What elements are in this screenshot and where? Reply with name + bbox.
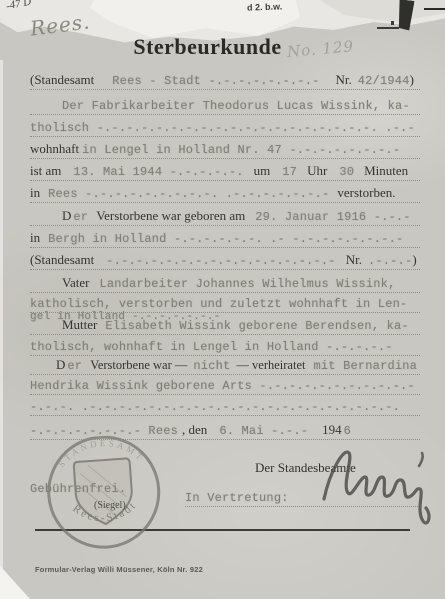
form-line-deceased-name: Der Fabrikarbeiter Theodorus Lucas Wissi…: [30, 97, 420, 115]
printed-text: in: [30, 230, 40, 245]
printed-text: D: [62, 208, 71, 223]
printed-text: um: [254, 163, 271, 178]
typed-text: -.-.-. .-.-.-.-.-.-.-.-.-.-.-.-.-.-.-.-.…: [30, 400, 400, 414]
printer-imprint: Formular-Verlag Willi Müssener, Köln Nr.…: [35, 565, 203, 574]
signature-stroke: [324, 452, 429, 523]
printed-text: Nr.: [336, 72, 352, 87]
printed-text: 194: [322, 422, 342, 437]
typed-text: Elisabeth Wissink geborene Berendsen, ka…: [105, 319, 408, 333]
form-line-birth-date: DerVerstorbene war geboren am29. Januar …: [30, 208, 420, 226]
printed-text: Mutter: [62, 317, 97, 332]
deputy-label: In Vertretung:: [185, 491, 289, 505]
printed-text: (Standesamt: [30, 252, 94, 267]
page-corner: [0, 548, 30, 599]
typed-text: Bergh in Holland -.-.-.-.-.-. .- -.-.-.-…: [48, 232, 403, 246]
printed-text: , den: [182, 422, 207, 437]
form-line-father: VaterLandarbeiter Johannes Wilhelmus Wis…: [30, 275, 420, 293]
official-seal-stamp: STANDESAMT Rees-Stadt: [34, 431, 177, 560]
typed-text: 30: [339, 165, 354, 179]
typed-text: 6. Mai -.-.-: [219, 424, 308, 438]
form-line-birth-registry: (Standesamt-.-.-.-.-.-.-.-.-.-.-.-.-.-.-…: [30, 252, 420, 270]
typed-text: -.-.-.-.-.-.-.- Rees: [30, 424, 178, 438]
typed-text: Landarbeiter Johannes Wilhelmus Wissink,: [99, 277, 395, 291]
form-line-residence: wohnhaftin Lengel in Holland Nr. 47 -.-.…: [30, 141, 420, 159]
printed-text: — verheiratet: [236, 358, 305, 372]
typed-text: mit Bernardina: [313, 359, 417, 373]
typed-text: Rees -.-.-.-.-.-.-.-.-. .-.-.-.-.-.-.-: [48, 187, 329, 201]
death-certificate-page: Rees. -47 D d 2. b.w. Sterbeurkunde No. …: [0, 0, 445, 599]
printed-text: D: [56, 357, 65, 372]
printed-text: ): [410, 72, 414, 87]
form-line-mother-2: tholisch, wohnhaft in Lengel in Holland …: [30, 338, 420, 356]
scan-edge: [0, 60, 3, 599]
printed-text: Minuten: [364, 163, 408, 178]
typed-text: nicht: [193, 359, 230, 373]
form-line-mother: MutterElisabeth Wissink geborene Berends…: [30, 317, 420, 335]
typed-text: in Lengel in Holland Nr. 47 -.-.-.-.-.-.…: [82, 143, 400, 157]
form-line-birth-place: inBergh in Holland -.-.-.-.-.-. .- -.-.-…: [30, 230, 420, 248]
printed-text: Vater: [62, 275, 89, 290]
printed-text: ist am: [30, 163, 61, 178]
printed-text: wohnhaft: [30, 141, 79, 156]
form-line-death-date: ist am13. Mai 1944 -.-.-.-.-.um17Uhr30Mi…: [30, 163, 420, 181]
typed-text: Hendrika Wissink geborene Arts -.-.-.-.-…: [30, 379, 415, 393]
printed-text: Verstorbene war geboren am: [96, 208, 245, 223]
printed-text: Nr.: [346, 252, 362, 267]
typed-text: Der Fabrikarbeiter Theodorus Lucas Wissi…: [62, 99, 410, 113]
typed-text: tholisch, wohnhaft in Lengel in Holland …: [30, 340, 393, 354]
printed-text: in: [30, 185, 40, 200]
signature-tick: [419, 453, 423, 466]
typed-text: 42/1944: [358, 74, 410, 88]
typed-text: .-.-.-: [368, 254, 412, 268]
typed-text: tholisch -.-.-.-.-.-.-.-.-.-.-.-.-.-.-.-…: [30, 121, 415, 135]
typed-text: 6: [344, 424, 351, 438]
printed-text: verstorben.: [337, 185, 395, 200]
typed-text: 29. Januar 1916 -.-.-: [255, 210, 410, 224]
torn-fragment-print: d 2. b.w.: [247, 1, 282, 12]
typed-text: er: [67, 359, 82, 373]
fee-exempt-typed-note: Gebührenfrei.: [30, 482, 126, 496]
siegel-label: (Siegel): [94, 500, 126, 511]
printed-text: (Standesamt: [30, 72, 94, 87]
printed-text: ): [412, 252, 416, 267]
typed-text: er: [73, 210, 88, 224]
underline-mark: [391, 21, 394, 25]
typed-text: Rees - Stadt -.-.-.-.-.-.-.-: [112, 74, 319, 88]
edge-line-mark: [424, 8, 445, 10]
typed-text: -.-.-.-.-.-.-.-.-.-.-.-.-.-.-.-: [106, 254, 335, 268]
underline-mark: [377, 27, 399, 29]
typed-text: 13. Mai 1944 -.-.-.-.-.: [73, 165, 243, 179]
form-line-death-place: inRees -.-.-.-.-.-.-.-.-. .-.-.-.-.-.-.-…: [30, 185, 420, 203]
typed-text: 17: [282, 165, 297, 179]
form-line-marriage-2: Hendrika Wissink geborene Arts -.-.-.-.-…: [30, 377, 420, 395]
printed-text: Uhr: [307, 163, 327, 178]
form-line-filler: -.-.-. .-.-.-.-.-.-.-.-.-.-.-.-.-.-.-.-.…: [30, 398, 420, 416]
form-line-marriage: DerVerstorbene war —nicht— verheiratetmi…: [30, 357, 420, 375]
printed-text: Verstorbene war —: [90, 358, 187, 372]
form-line-deceased-religion: tholisch -.-.-.-.-.-.-.-.-.-.-.-.-.-.-.-…: [30, 119, 420, 137]
form-line-registry: (StandesamtRees - Stadt -.-.-.-.-.-.-.-N…: [30, 72, 420, 90]
registrar-signature: [318, 437, 436, 542]
